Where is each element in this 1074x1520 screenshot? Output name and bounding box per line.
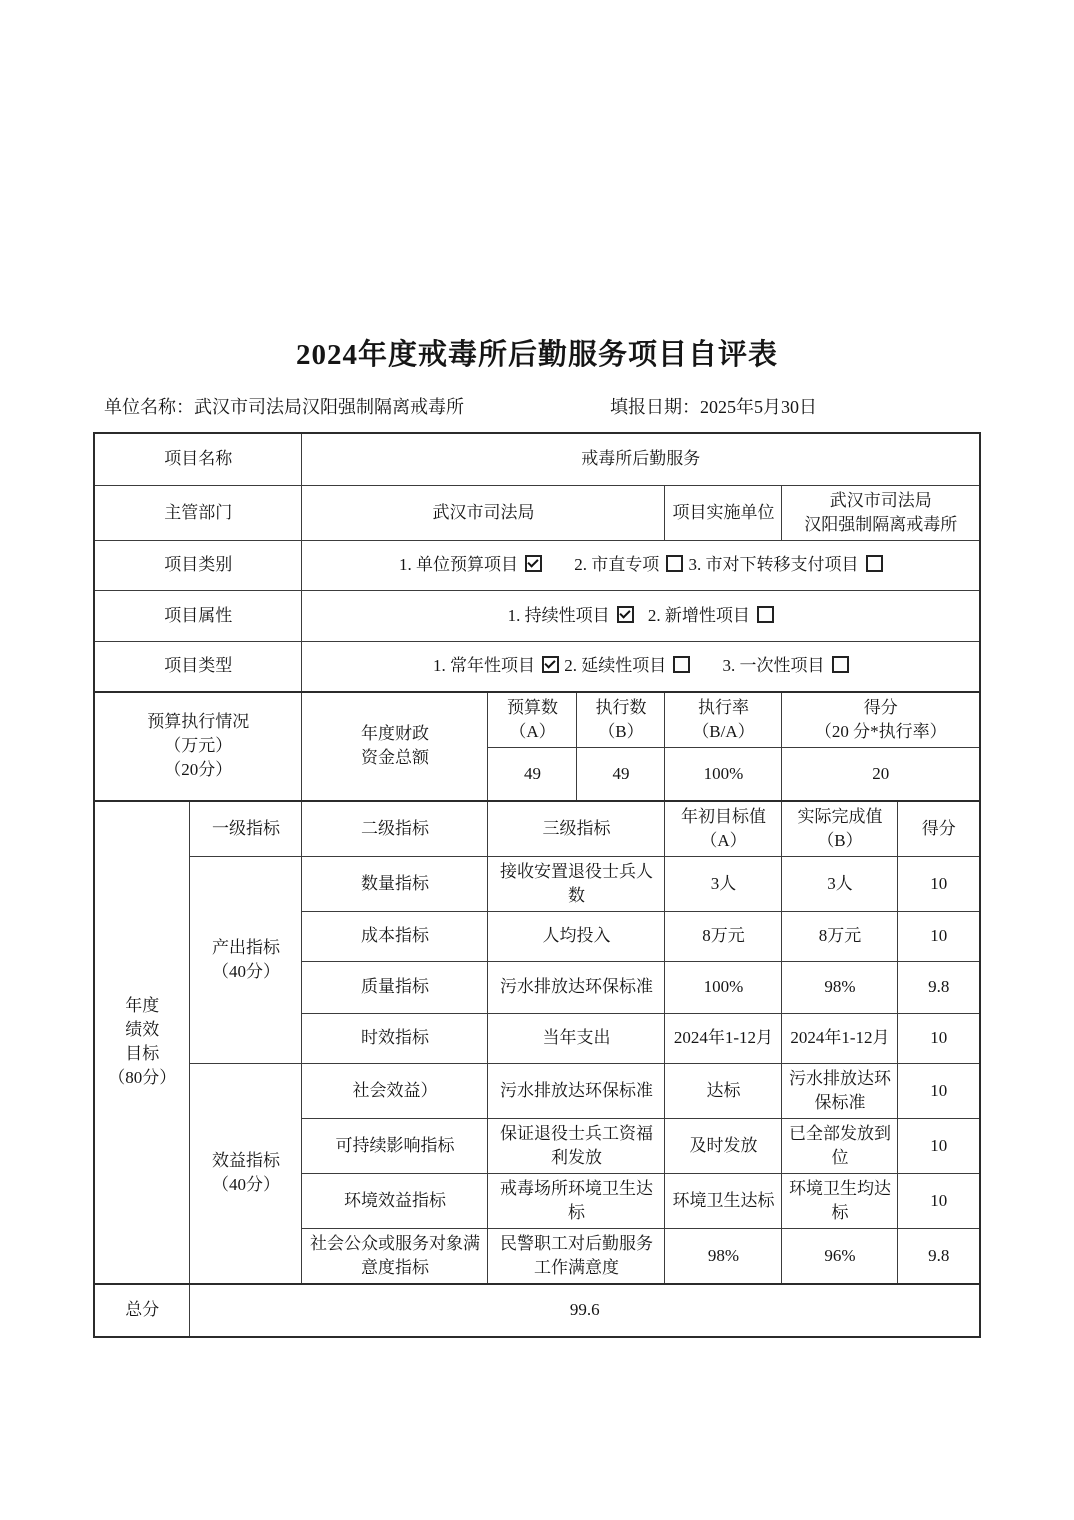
group-benefit-label: 效益指标 （40分）: [190, 1063, 302, 1284]
actual-cell: 已全部发放到位: [782, 1118, 898, 1173]
level2-cell: 质量指标: [302, 961, 488, 1013]
head-actual: 实际完成值 （B）: [782, 801, 898, 857]
project-attribute-label: 项目属性: [94, 590, 302, 641]
level2-cell: 社会效益）: [302, 1063, 488, 1118]
actual-cell: 98%: [782, 961, 898, 1013]
project-name-row: 项目名称 戒毒所后勤服务: [94, 433, 980, 485]
budget-head-score: 得分 （20 分*执行率）: [782, 692, 980, 748]
target-cell: 环境卫生达标: [665, 1173, 782, 1228]
form-meta-line: 单位名称：武汉市司法局汉阳强制隔离戒毒所 填报日期：2025年5月30日: [94, 394, 980, 420]
level3-cell: 保证退役士兵工资福利发放: [488, 1118, 665, 1173]
type-option-2-checkbox-icon[interactable]: [673, 656, 690, 673]
budget-head-rate: 执行率 （B/A）: [665, 692, 782, 748]
attribute-option-2-checkbox-icon[interactable]: [757, 606, 774, 623]
target-cell: 98%: [665, 1228, 782, 1284]
level2-cell: 时效指标: [302, 1013, 488, 1063]
project-name-value: 戒毒所后勤服务: [302, 433, 980, 485]
score-cell: 10: [898, 856, 980, 911]
category-option-1: 1. 单位预算项目: [399, 553, 542, 577]
indicator-header-row: 年度 绩效 目标 （80分） 一级指标 二级指标 三级指标 年初目标值 （A） …: [94, 801, 980, 857]
actual-cell: 污水排放达环保标准: [782, 1063, 898, 1118]
budget-score-value: 20: [782, 748, 980, 801]
category-option-1-label: 1. 单位预算项目: [399, 555, 518, 574]
actual-cell: 8万元: [782, 911, 898, 961]
total-score-row: 总分 99.6: [94, 1284, 980, 1337]
type-option-1: 1. 常年性项目: [433, 654, 559, 678]
category-option-3: 3. 市对下转移支付项目: [689, 553, 883, 577]
level3-cell: 民警职工对后勤服务工作满意度: [488, 1228, 665, 1284]
report-date-label: 填报日期：: [610, 397, 700, 417]
head-target: 年初目标值 （A）: [665, 801, 782, 857]
budget-fund-label: 年度财政 资金总额: [302, 692, 488, 801]
type-option-1-checkbox-icon[interactable]: [542, 656, 559, 673]
level2-cell: 成本指标: [302, 911, 488, 961]
indicator-row-social: 效益指标 （40分） 社会效益） 污水排放达环保标准 达标 污水排放达环保标准 …: [94, 1063, 980, 1118]
level3-cell: 戒毒场所环境卫生达标: [488, 1173, 665, 1228]
level3-cell: 污水排放达环保标准: [488, 961, 665, 1013]
category-option-1-checkbox-icon[interactable]: [525, 555, 542, 572]
target-cell: 3人: [665, 856, 782, 911]
head-score: 得分: [898, 801, 980, 857]
project-name-label: 项目名称: [94, 433, 302, 485]
level2-cell: 可持续影响指标: [302, 1118, 488, 1173]
project-attribute-options: 1. 持续性项目 2. 新增性项目: [302, 590, 980, 641]
actual-cell: 3人: [782, 856, 898, 911]
project-type-row: 项目类型 1. 常年性项目 2. 延续性项目 3. 一次性项目: [94, 641, 980, 692]
target-cell: 100%: [665, 961, 782, 1013]
head-level1: 一级指标: [190, 801, 302, 857]
target-cell: 及时发放: [665, 1118, 782, 1173]
budget-section-label: 预算执行情况 （万元） （20分）: [94, 692, 302, 801]
group-output-label: 产出指标 （40分）: [190, 856, 302, 1063]
category-option-2-checkbox-icon[interactable]: [666, 555, 683, 572]
attribute-option-1-label: 1. 持续性项目: [508, 606, 610, 625]
attribute-option-1-checkbox-icon[interactable]: [617, 606, 634, 623]
department-value: 武汉市司法局: [302, 485, 665, 540]
budget-head-budget: 预算数 （A）: [488, 692, 577, 748]
project-type-options: 1. 常年性项目 2. 延续性项目 3. 一次性项目: [302, 641, 980, 692]
target-cell: 2024年1-12月: [665, 1013, 782, 1063]
score-cell: 10: [898, 911, 980, 961]
department-row: 主管部门 武汉市司法局 项目实施单位 武汉市司法局 汉阳强制隔离戒毒所: [94, 485, 980, 540]
level2-cell: 社会公众或服务对象满意度指标: [302, 1228, 488, 1284]
category-option-3-label: 3. 市对下转移支付项目: [689, 555, 859, 574]
budget-value-b: 49: [577, 748, 665, 801]
category-option-2: 2. 市直专项: [574, 553, 683, 577]
department-label: 主管部门: [94, 485, 302, 540]
total-score-label: 总分: [94, 1284, 190, 1337]
level2-cell: 环境效益指标: [302, 1173, 488, 1228]
head-level3: 三级指标: [488, 801, 665, 857]
annual-performance-label: 年度 绩效 目标 （80分）: [94, 801, 190, 1284]
level3-cell: 当年支出: [488, 1013, 665, 1063]
level3-cell: 污水排放达环保标准: [488, 1063, 665, 1118]
target-cell: 8万元: [665, 911, 782, 961]
type-option-2-label: 2. 延续性项目: [564, 656, 666, 675]
report-date: 填报日期：2025年5月30日: [610, 394, 817, 420]
type-option-3: 3. 一次性项目: [723, 654, 849, 678]
type-option-2: 2. 延续性项目: [564, 654, 690, 678]
budget-header-row: 预算执行情况 （万元） （20分） 年度财政 资金总额 预算数 （A） 执行数 …: [94, 692, 980, 748]
type-option-1-label: 1. 常年性项目: [433, 656, 535, 675]
unit-name: 单位名称：武汉市司法局汉阳强制隔离戒毒所: [104, 394, 464, 420]
type-option-3-label: 3. 一次性项目: [723, 656, 825, 675]
score-cell: 9.8: [898, 1228, 980, 1284]
level3-cell: 接收安置退役士兵人数: [488, 856, 665, 911]
attribute-option-2: 2. 新增性项目: [648, 604, 774, 628]
level3-cell: 人均投入: [488, 911, 665, 961]
total-score-value: 99.6: [190, 1284, 980, 1337]
type-option-3-checkbox-icon[interactable]: [832, 656, 849, 673]
score-cell: 10: [898, 1063, 980, 1118]
project-category-label: 项目类别: [94, 540, 302, 590]
project-type-label: 项目类型: [94, 641, 302, 692]
budget-value-a: 49: [488, 748, 577, 801]
score-cell: 10: [898, 1118, 980, 1173]
self-evaluation-table: 项目名称 戒毒所后勤服务 主管部门 武汉市司法局 项目实施单位 武汉市司法局 汉…: [93, 432, 981, 1338]
project-category-row: 项目类别 1. 单位预算项目 2. 市直专项 3. 市对下转移支付项目: [94, 540, 980, 590]
form-title: 2024年度戒毒所后勤服务项目自评表: [0, 0, 1074, 374]
unit-name-value: 武汉市司法局汉阳强制隔离戒毒所: [194, 397, 464, 417]
document-page: 2024年度戒毒所后勤服务项目自评表 单位名称：武汉市司法局汉阳强制隔离戒毒所 …: [0, 0, 1074, 1520]
target-cell: 达标: [665, 1063, 782, 1118]
score-cell: 9.8: [898, 961, 980, 1013]
attribute-option-2-label: 2. 新增性项目: [648, 606, 750, 625]
score-cell: 10: [898, 1013, 980, 1063]
actual-cell: 2024年1-12月: [782, 1013, 898, 1063]
attribute-option-1: 1. 持续性项目: [508, 604, 634, 628]
budget-rate-value: 100%: [665, 748, 782, 801]
score-cell: 10: [898, 1173, 980, 1228]
actual-cell: 环境卫生均达标: [782, 1173, 898, 1228]
impl-unit-label: 项目实施单位: [665, 485, 782, 540]
indicator-row-quantity: 产出指标 （40分） 数量指标 接收安置退役士兵人数 3人 3人 10: [94, 856, 980, 911]
category-option-2-label: 2. 市直专项: [574, 555, 659, 574]
head-level2: 二级指标: [302, 801, 488, 857]
project-category-options: 1. 单位预算项目 2. 市直专项 3. 市对下转移支付项目: [302, 540, 980, 590]
level2-cell: 数量指标: [302, 856, 488, 911]
report-date-value: 2025年5月30日: [700, 397, 817, 417]
unit-name-label: 单位名称：: [104, 397, 194, 417]
budget-head-exec: 执行数 （B）: [577, 692, 665, 748]
impl-unit-value: 武汉市司法局 汉阳强制隔离戒毒所: [782, 485, 980, 540]
actual-cell: 96%: [782, 1228, 898, 1284]
project-attribute-row: 项目属性 1. 持续性项目 2. 新增性项目: [94, 590, 980, 641]
category-option-3-checkbox-icon[interactable]: [866, 555, 883, 572]
